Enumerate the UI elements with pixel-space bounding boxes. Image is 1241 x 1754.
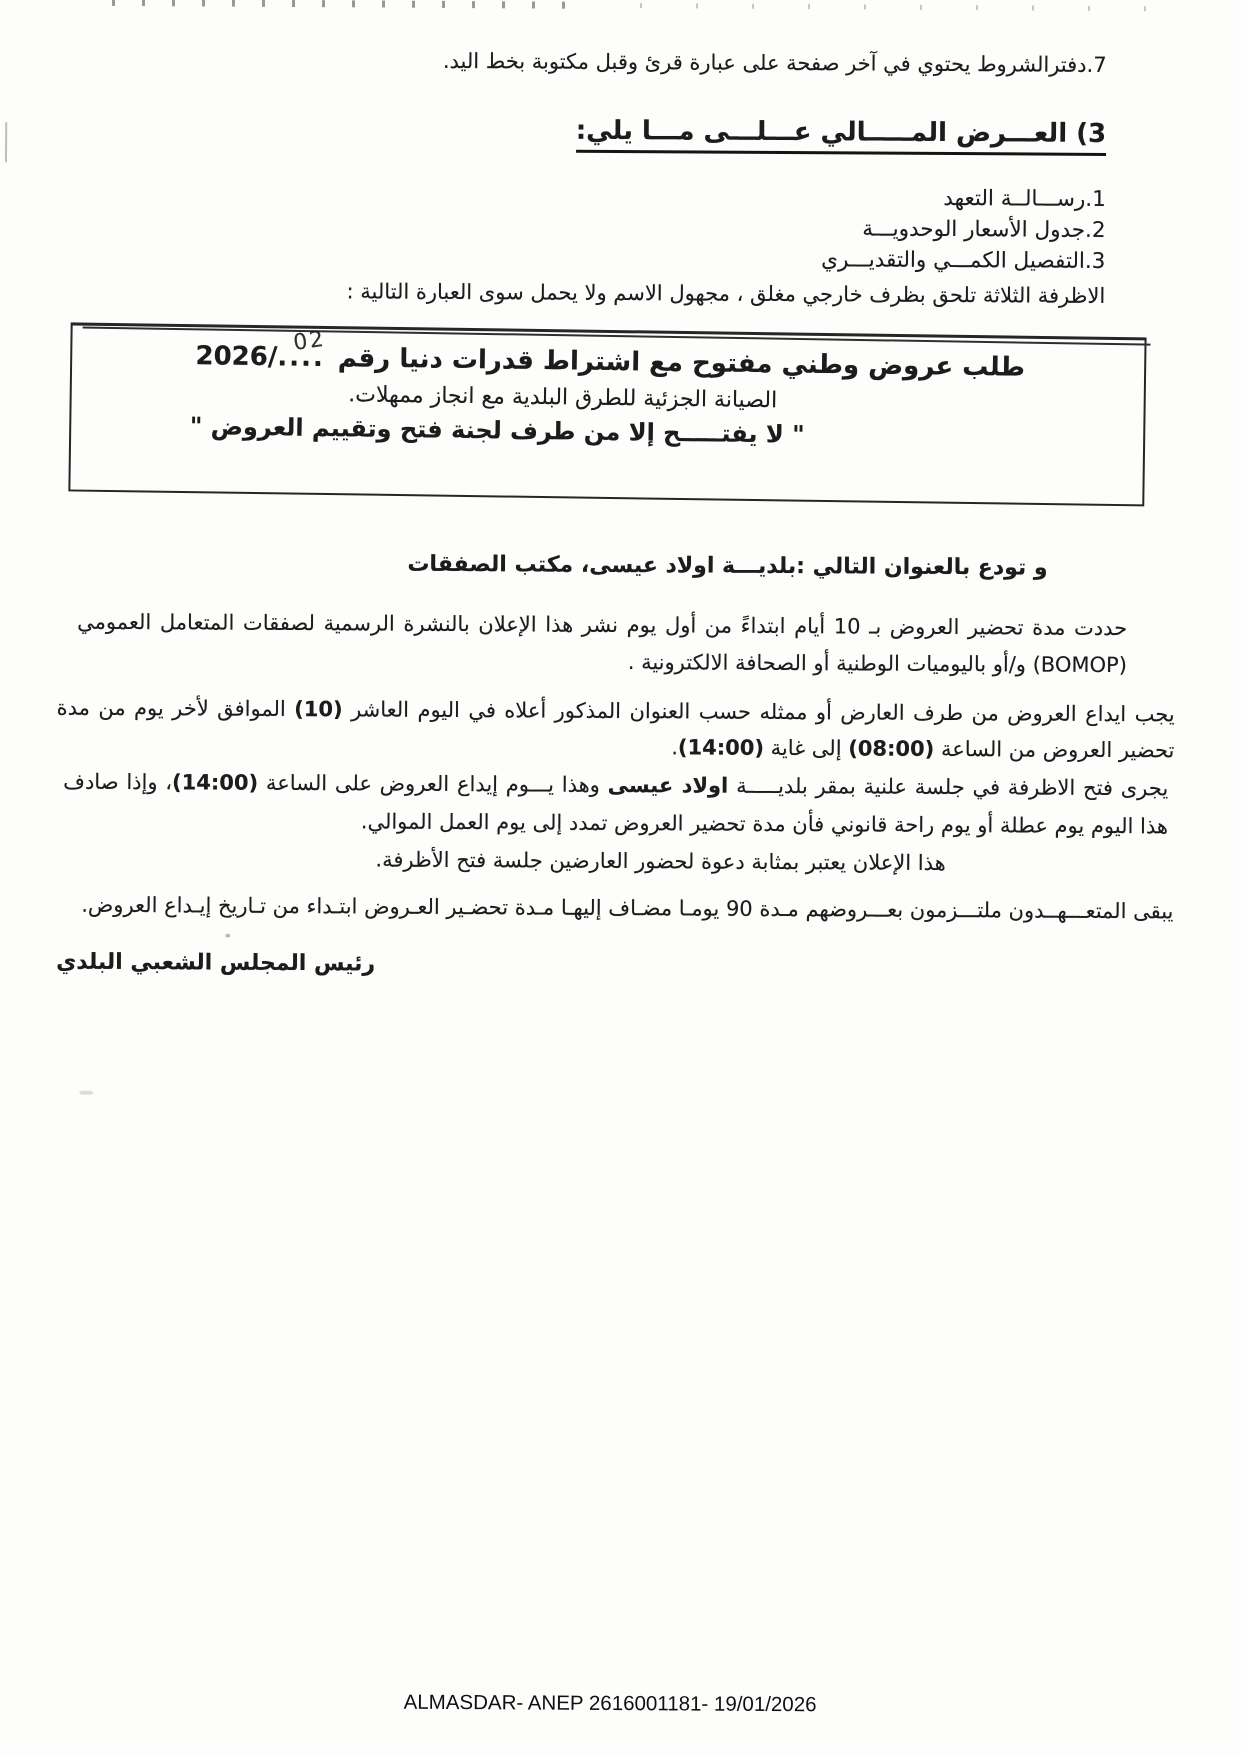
time-1400-bold: (14:00) [172,770,258,795]
scan-speck [225,934,230,938]
tender-box-title: طلب عروض وطني مفتوح مع اشتراط قدرات دنيا… [72,339,1144,384]
time-1400-bold: (14:00) [678,735,764,760]
preparation-period-paragraph: حددت مدة تحضير العروض بـ 10 أيام ابتداءً… [77,604,1127,684]
list-item: 1.رســـالــة التعهد [821,182,1105,215]
tender-ref-year: 2026/ [195,341,277,372]
anep-imprint-footer: ALMASDAR- ANEP 2616001181- 19/01/2026 [0,1688,1231,1720]
section-3-heading: 3) العـــرض المـــــالي عـــلـــى مـــا … [576,116,1107,156]
handwritten-reference-number: 02 [291,327,326,356]
scan-artifact-left-edge [5,122,7,162]
list-item: 2.جدول الأسعار الوحدويـــة [821,213,1105,246]
scan-artifact-top [112,0,582,9]
day-10-bold: (10) [294,697,343,721]
tender-opening-warning: " لا يفتـــــح إلا من طرف لجنة فتح وتقيي… [0,409,1033,452]
document-sheet: 7.دفترالشروط يحتوي في آخر صفحة على عبارة… [0,0,1241,1754]
clause-7-text: 7.دفترالشروط يحتوي في آخر صفحة على عبارة… [443,49,1107,77]
signature-title: رئيس المجلس الشعبي البلدي [56,950,375,977]
scan-artifact-top-right [640,3,1200,11]
deposit-address-line: و تودع بالعنوان التالي :بلديـــة اولاد ع… [407,552,1047,581]
offer-validity-paragraph: يبقى المتعـــهــدون ملتـــزمون بعـــروضه… [55,886,1173,932]
tender-statement-box: طلب عروض وطني مفتوح مع اشتراط قدرات دنيا… [68,322,1146,506]
list-item: 3.التفصيل الكمـــي والتقديـــري [821,244,1105,277]
tender-ref-dotted-blank: ....02 [277,342,325,373]
municipality-name-bold: اولاد عيسى [608,773,729,798]
financial-offer-requirements-list: 1.رســـالــة التعهد 2.جدول الأسعار الوحد… [821,182,1106,277]
time-0800-bold: (08:00) [848,736,934,761]
deposit-deadline-paragraph: يجب ايداع العروض من طرف العارض أو ممثله … [56,690,1174,769]
envelope-opening-paragraph: يجرى فتح الاظرفة في جلسة علنية بمقر بلدي… [63,763,1168,846]
envelopes-note: الاظرفة الثلاثة تلحق بظرف خارجي مغلق ، م… [346,279,1105,308]
scanned-tender-document: { "doc": { "clause7": "7.دفترالشروط يحتو… [0,0,1241,1754]
scan-smudge [79,1091,93,1095]
tender-title-text: طلب عروض وطني مفتوح مع اشتراط قدرات دنيا… [338,343,1025,383]
section-3-heading-text: 3) العـــرض المـــــالي عـــلـــى مـــا … [576,116,1107,156]
invitation-paragraph: هذا الإعلان يعتبر بمثابة دعوة لحضور العا… [375,848,945,875]
tender-reference-number: 2026/....02 [195,341,325,373]
